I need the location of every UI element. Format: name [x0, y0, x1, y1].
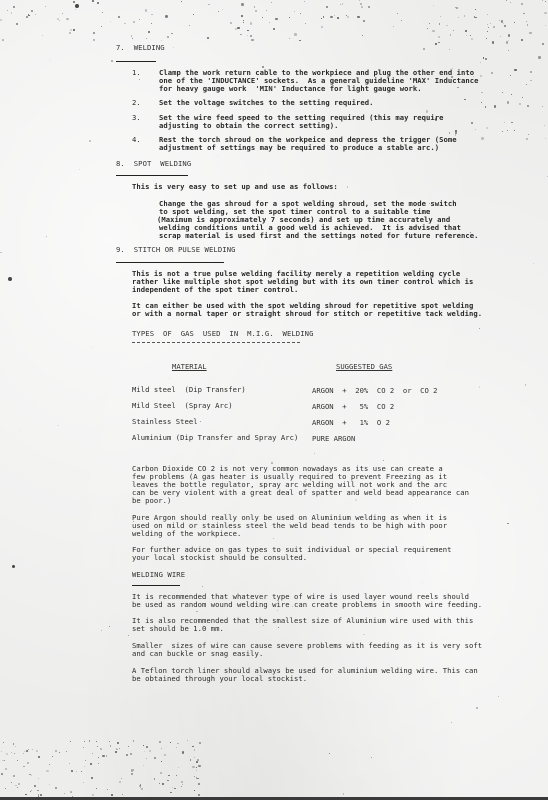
speck [432, 30, 434, 32]
speck [182, 751, 184, 753]
speck [498, 696, 499, 697]
speck [196, 611, 198, 613]
speck [146, 746, 148, 748]
speck [59, 20, 60, 21]
speck [5, 768, 7, 770]
speck [486, 127, 489, 130]
speck [262, 17, 263, 18]
speck [140, 787, 141, 788]
speck [487, 14, 488, 15]
speck [181, 781, 183, 783]
speck [24, 751, 25, 752]
speck [493, 26, 495, 28]
speck [294, 33, 296, 35]
speck [169, 378, 170, 379]
speck [146, 758, 147, 759]
speck [363, 20, 365, 22]
speck [326, 6, 328, 8]
speck [106, 755, 107, 756]
speck [545, 1, 546, 2]
speck [194, 757, 195, 758]
speck [15, 746, 16, 747]
speck [55, 787, 57, 789]
section-8-underline [116, 175, 188, 176]
speck [507, 130, 508, 131]
speck [161, 40, 162, 41]
speck [363, 634, 364, 635]
speck [433, 5, 434, 6]
speck [52, 756, 53, 757]
speck [151, 14, 152, 15]
speck [89, 740, 91, 742]
speck [479, 328, 480, 329]
speck [133, 740, 134, 741]
speck [514, 69, 517, 72]
speck [480, 62, 481, 63]
speck [368, 6, 370, 8]
speck [111, 794, 113, 796]
speck [194, 776, 195, 777]
speck [521, 39, 523, 41]
speck [510, 2, 511, 3]
speck [189, 25, 190, 26]
speck [343, 793, 345, 795]
speck [435, 43, 436, 44]
speck [471, 38, 473, 40]
speck [464, 99, 466, 101]
speck [133, 21, 135, 23]
speck [194, 790, 195, 791]
speck [237, 27, 240, 30]
speck [187, 740, 188, 741]
speck [502, 131, 503, 132]
speck [26, 16, 28, 18]
speck [218, 11, 219, 12]
speck [449, 132, 450, 133]
speck [161, 761, 162, 762]
speck [426, 110, 429, 113]
speck [453, 30, 455, 32]
speck [475, 129, 476, 130]
speck [198, 794, 199, 795]
speck [35, 14, 36, 15]
speck [162, 783, 164, 785]
speck [451, 722, 452, 723]
speck [545, 138, 546, 139]
speck [71, 770, 73, 772]
speck [62, 13, 63, 14]
speck [393, 26, 394, 27]
speck [337, 17, 339, 19]
speck [300, 13, 301, 14]
speck [528, 134, 529, 135]
speck [139, 19, 140, 20]
speck [199, 742, 201, 744]
speck [46, 770, 48, 772]
speck [500, 36, 501, 37]
speck [1, 751, 2, 752]
speck [525, 384, 527, 386]
speck [278, 627, 279, 628]
speck [530, 71, 532, 73]
speck [321, 26, 323, 28]
speck [481, 102, 482, 103]
wire-para-4-line-2: be obtained through your local stockist. [132, 675, 307, 683]
speck [102, 755, 104, 757]
speck [132, 38, 133, 39]
speck [488, 27, 489, 28]
speck [487, 31, 488, 32]
speck [251, 39, 253, 41]
speck [523, 13, 524, 14]
speck [101, 26, 102, 27]
speck [294, 11, 295, 12]
gas-note-3-line-2: your local stockist should be consulted. [132, 554, 307, 562]
speck [538, 56, 540, 58]
speck [133, 521, 134, 522]
speck [194, 749, 196, 751]
wire-para-2-line-2: set should be 1.0 mm. [132, 625, 224, 633]
speck [12, 565, 15, 568]
speck [5, 788, 6, 789]
speck [485, 106, 487, 108]
speck [146, 38, 147, 39]
speck [527, 105, 529, 107]
speck [449, 49, 450, 50]
speck [202, 586, 203, 587]
speck [38, 794, 40, 796]
speck [8, 277, 12, 281]
speck [422, 582, 423, 583]
speck [34, 785, 36, 787]
speck [275, 18, 277, 20]
speck [542, 0, 543, 1]
speck [222, 9, 223, 10]
speck [59, 752, 60, 753]
speck [464, 15, 466, 17]
speck [38, 778, 39, 779]
speck [357, 16, 359, 18]
speck [527, 24, 528, 25]
speck [7, 10, 8, 11]
item-7-1-line-3: for heavy gauge work 'MIN' Inductance fo… [159, 85, 422, 93]
speck [423, 48, 425, 50]
speck [487, 24, 488, 25]
speck [347, 186, 349, 188]
speck [359, 0, 360, 1]
speck [481, 137, 483, 139]
speck [347, 16, 349, 18]
section-7-underline [116, 61, 156, 62]
speck [72, 796, 73, 797]
speck [2, 39, 4, 41]
speck [481, 92, 483, 94]
speck [544, 12, 546, 14]
speck [438, 42, 440, 44]
gas-table-gas: ARGON + 5% CO 2 [312, 402, 394, 411]
speck [196, 777, 197, 778]
wire-para-1-line-2: be used as random wound welding wire can… [132, 601, 482, 609]
speck [170, 742, 171, 743]
welding-wire-heading: WELDING WIRE [132, 570, 185, 579]
speck [121, 778, 122, 779]
speck [304, 1, 305, 2]
section-7-heading: 7. WELDING [116, 43, 165, 52]
speck [57, 425, 59, 427]
speck [182, 784, 183, 785]
item-7-2-line-1: Set the voltage switches to the setting … [159, 99, 373, 107]
speck [64, 793, 65, 794]
speck [18, 783, 20, 785]
speck [66, 751, 67, 752]
speck [266, 10, 267, 11]
speck [11, 12, 13, 14]
speck [471, 122, 473, 124]
speck [429, 23, 430, 24]
speck [458, 17, 459, 18]
speck [49, 764, 50, 765]
speck [451, 76, 453, 78]
speck [98, 763, 99, 764]
speck [196, 761, 198, 763]
speck [502, 92, 503, 93]
speck [305, 23, 306, 24]
speck [192, 746, 193, 747]
speck [31, 775, 32, 776]
speck [110, 745, 112, 747]
speck [6, 753, 8, 755]
speck [102, 12, 103, 13]
speck [122, 794, 123, 795]
speck [508, 34, 510, 36]
speck [159, 741, 161, 743]
speck [145, 9, 147, 11]
speck [168, 775, 169, 776]
speck [504, 25, 506, 27]
speck [167, 36, 169, 38]
speck [401, 20, 402, 21]
speck [485, 58, 487, 60]
speck [111, 60, 113, 62]
speck [511, 122, 512, 123]
speck [383, 460, 384, 461]
speck [19, 430, 20, 431]
speck [141, 788, 143, 790]
speck [362, 35, 363, 36]
speck [340, 4, 341, 5]
speck [119, 748, 120, 749]
speck [143, 745, 144, 746]
speck [329, 753, 330, 754]
speck [91, 347, 92, 348]
speck [38, 796, 39, 797]
speck [262, 66, 264, 68]
speck [25, 794, 27, 796]
speck [355, 499, 357, 501]
speck [107, 789, 108, 790]
gas-table-material: Mild steel (Dip Transfer) [132, 386, 246, 394]
speck [483, 57, 485, 59]
gas-table-gas: ARGON + 20% CO 2 or CO 2 [312, 386, 438, 395]
speck [115, 751, 117, 753]
speck [250, 22, 252, 24]
speck [76, 771, 78, 773]
speck [208, 4, 210, 6]
speck [109, 741, 110, 742]
speck [504, 122, 505, 123]
speck [119, 781, 121, 783]
speck [426, 210, 427, 211]
gas-note-1-line-4: can be very violent with a great deal of… [132, 489, 469, 497]
speck [470, 232, 471, 233]
speck [167, 780, 169, 782]
speck [243, 20, 244, 21]
speck [429, 203, 430, 204]
speck [526, 138, 528, 140]
speck [0, 19, 2, 21]
speck [128, 746, 129, 747]
speck [75, 4, 79, 8]
speck [32, 749, 33, 750]
speck [455, 132, 457, 134]
speck [131, 35, 133, 37]
speck [0, 252, 1, 253]
speck [323, 16, 324, 17]
speck [97, 746, 98, 747]
speck [124, 23, 126, 25]
speck [542, 43, 544, 45]
speck [73, 29, 75, 31]
item-7-4-line-2: adjustment of settings may be required t… [159, 144, 439, 152]
speck [161, 748, 162, 749]
speck [476, 707, 477, 708]
speck [96, 788, 98, 790]
speck [360, 3, 362, 5]
speck [492, 41, 494, 43]
speck [13, 775, 15, 777]
speck [42, 35, 43, 36]
speck [92, 0, 94, 2]
section-8-body-line-5: scrap material is used first and the set… [159, 232, 479, 240]
speck [321, 18, 322, 19]
speck [198, 783, 200, 785]
speck [92, 753, 93, 754]
speck [427, 28, 428, 29]
gas-table-material: Stainless Steel [132, 418, 198, 426]
speck [544, 125, 545, 126]
speck [96, 741, 97, 742]
speck [177, 743, 179, 745]
speck [118, 16, 120, 18]
speck [519, 103, 521, 105]
speck [4, 760, 5, 761]
speck [190, 759, 192, 761]
speck [40, 794, 42, 796]
speck [273, 28, 275, 30]
speck [342, 3, 343, 4]
speck [240, 34, 242, 36]
speck [486, 38, 487, 39]
welding-wire-underline [132, 585, 180, 586]
speck [55, 750, 57, 752]
speck [26, 750, 28, 752]
speck [13, 6, 15, 8]
speck [131, 773, 133, 775]
speck [197, 778, 199, 780]
speck [38, 756, 40, 758]
speck [17, 760, 18, 761]
speck [15, 785, 17, 787]
speck [506, 41, 508, 43]
speck [526, 21, 527, 22]
speck [277, 610, 278, 611]
speck [171, 33, 173, 35]
speck [542, 106, 543, 107]
speck [397, 13, 398, 14]
speck [193, 14, 194, 15]
speck [499, 20, 500, 21]
speck [70, 791, 72, 793]
gas-table-title-rule [132, 342, 300, 344]
gas-table-header-material: MATERIAL [172, 362, 207, 371]
speck [511, 94, 512, 95]
speck [174, 788, 175, 789]
gas-table-material: Aluminium (Dip Transfer and Spray Arc) [132, 434, 298, 442]
speck [27, 762, 29, 764]
speck [457, 87, 459, 89]
speck [100, 748, 102, 750]
speck [84, 741, 86, 743]
speck [133, 769, 135, 771]
speck [1, 773, 3, 775]
speck [117, 742, 118, 743]
item-7-2-number: 2. [132, 99, 141, 107]
speck [241, 15, 243, 17]
speck [36, 750, 38, 752]
item-7-4-number: 4. [132, 136, 141, 144]
speck [196, 770, 197, 771]
speck [178, 767, 179, 768]
speck [172, 787, 173, 788]
section-8-intro: This is very easy to set up and use as f… [132, 183, 338, 191]
item-7-3-number: 3. [132, 114, 141, 122]
speck [83, 747, 84, 748]
speck [255, 10, 257, 12]
speck [148, 31, 150, 33]
section-9-para1-line-3: independent of the spot timer control. [132, 286, 298, 294]
speck [235, 28, 237, 30]
speck [263, 625, 264, 626]
speck [93, 32, 95, 34]
section-9-underline [116, 262, 224, 263]
item-7-3-line-2: adjusting to obtain the correct setting)… [159, 122, 338, 130]
speck [176, 775, 177, 776]
speck [3, 742, 4, 743]
speck [93, 39, 94, 40]
speck [356, 72, 357, 73]
speck [31, 10, 33, 12]
speck [13, 743, 14, 744]
speck [247, 30, 248, 31]
speck [230, 22, 232, 24]
speck [503, 23, 504, 24]
speck [207, 37, 209, 39]
speck [446, 25, 448, 27]
speck [31, 790, 32, 791]
speck [75, 9, 77, 11]
speck [507, 523, 508, 524]
speck [334, 15, 335, 16]
